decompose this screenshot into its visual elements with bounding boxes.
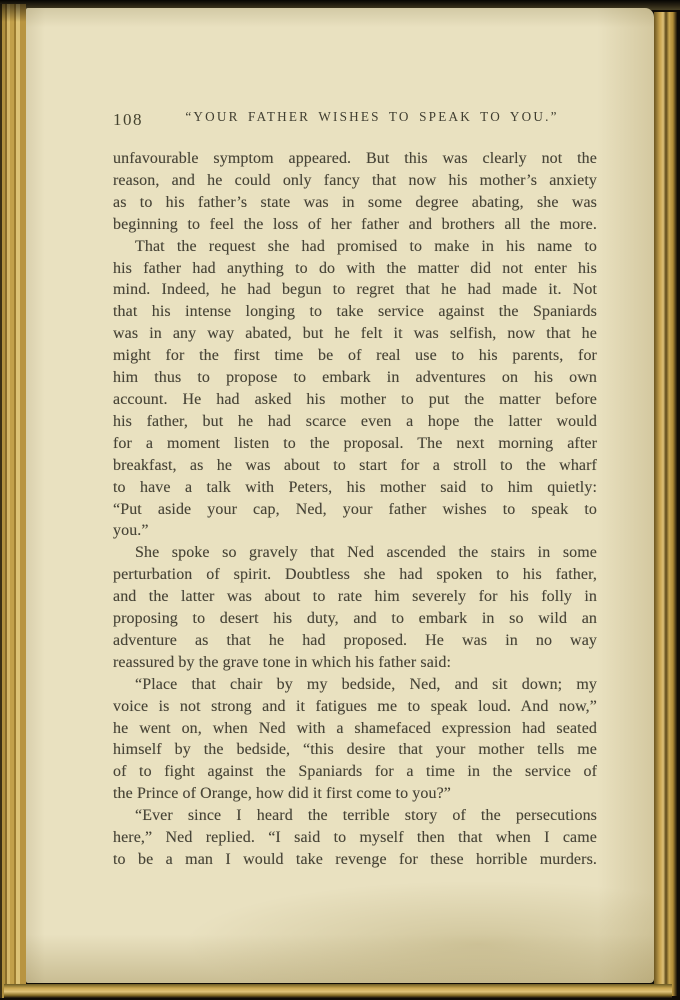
text-line: was in any way abated, but he felt it wa… xyxy=(113,323,597,345)
text-line: his father had anything to do with the m… xyxy=(113,258,597,280)
text-line: “Put aside your cap, Ned, your father wi… xyxy=(113,499,597,521)
text-line: for a moment listen to the proposal. The… xyxy=(113,433,597,455)
text-line: you.” xyxy=(113,520,597,542)
text-line: unfavourable symptom appeared. But this … xyxy=(113,148,597,170)
text-line: reason, and he could only fancy that now… xyxy=(113,170,597,192)
text-line: That the request she had promised to mak… xyxy=(113,236,597,258)
page-body-text: unfavourable symptom appeared. But this … xyxy=(113,148,597,871)
scanned-page: 108 “YOUR FATHER WISHES TO SPEAK TO YOU.… xyxy=(26,8,654,983)
text-line: as to his father’s state was in some deg… xyxy=(113,192,597,214)
text-line: beginning to feel the loss of her father… xyxy=(113,214,597,236)
text-line: his father, but he had scarce even a hop… xyxy=(113,411,597,433)
text-line: of to fight against the Spaniards for a … xyxy=(113,761,597,783)
text-line: proposing to desert his duty, and to emb… xyxy=(113,608,597,630)
text-line: mind. Indeed, he had begun to regret tha… xyxy=(113,279,597,301)
book-right-gilt-edge xyxy=(654,12,677,996)
text-line: She spoke so gravely that Ned ascended t… xyxy=(113,542,597,564)
text-line: him thus to propose to embark in adventu… xyxy=(113,367,597,389)
text-line: “Ever since I heard the terrible story o… xyxy=(113,805,597,827)
text-line: here,” Ned replied. “I said to myself th… xyxy=(113,827,597,849)
book-bottom-gilt-edge xyxy=(4,984,672,998)
running-header: “YOUR FATHER WISHES TO SPEAK TO YOU.” xyxy=(113,109,597,125)
text-line: that his intense longing to take service… xyxy=(113,301,597,323)
text-line: adventure as that he had proposed. He wa… xyxy=(113,630,597,652)
text-line: perturbation of spirit. Doubtless she ha… xyxy=(113,564,597,586)
text-line: himself by the bedside, “this desire tha… xyxy=(113,739,597,761)
book-left-gilt-edge xyxy=(0,4,26,998)
text-line: to be a man I would take revenge for the… xyxy=(113,849,597,871)
text-line: might for the first time be of real use … xyxy=(113,345,597,367)
running-header-row: 108 “YOUR FATHER WISHES TO SPEAK TO YOU.… xyxy=(113,109,597,131)
text-line: and the latter was about to rate him sev… xyxy=(113,586,597,608)
text-line: he went on, when Ned with a shamefaced e… xyxy=(113,718,597,740)
text-line: to have a talk with Peters, his mother s… xyxy=(113,477,597,499)
text-line: breakfast, as he was about to start for … xyxy=(113,455,597,477)
page-number: 108 xyxy=(113,110,143,130)
text-line: reassured by the grave tone in which his… xyxy=(113,652,597,674)
text-line: voice is not strong and it fatigues me t… xyxy=(113,696,597,718)
text-line: “Place that chair by my bedside, Ned, an… xyxy=(113,674,597,696)
book-scan: { "book_page": { "page_number": "108", "… xyxy=(0,0,680,1000)
text-line: account. He had asked his mother to put … xyxy=(113,389,597,411)
text-line: the Prince of Orange, how did it first c… xyxy=(113,783,597,805)
